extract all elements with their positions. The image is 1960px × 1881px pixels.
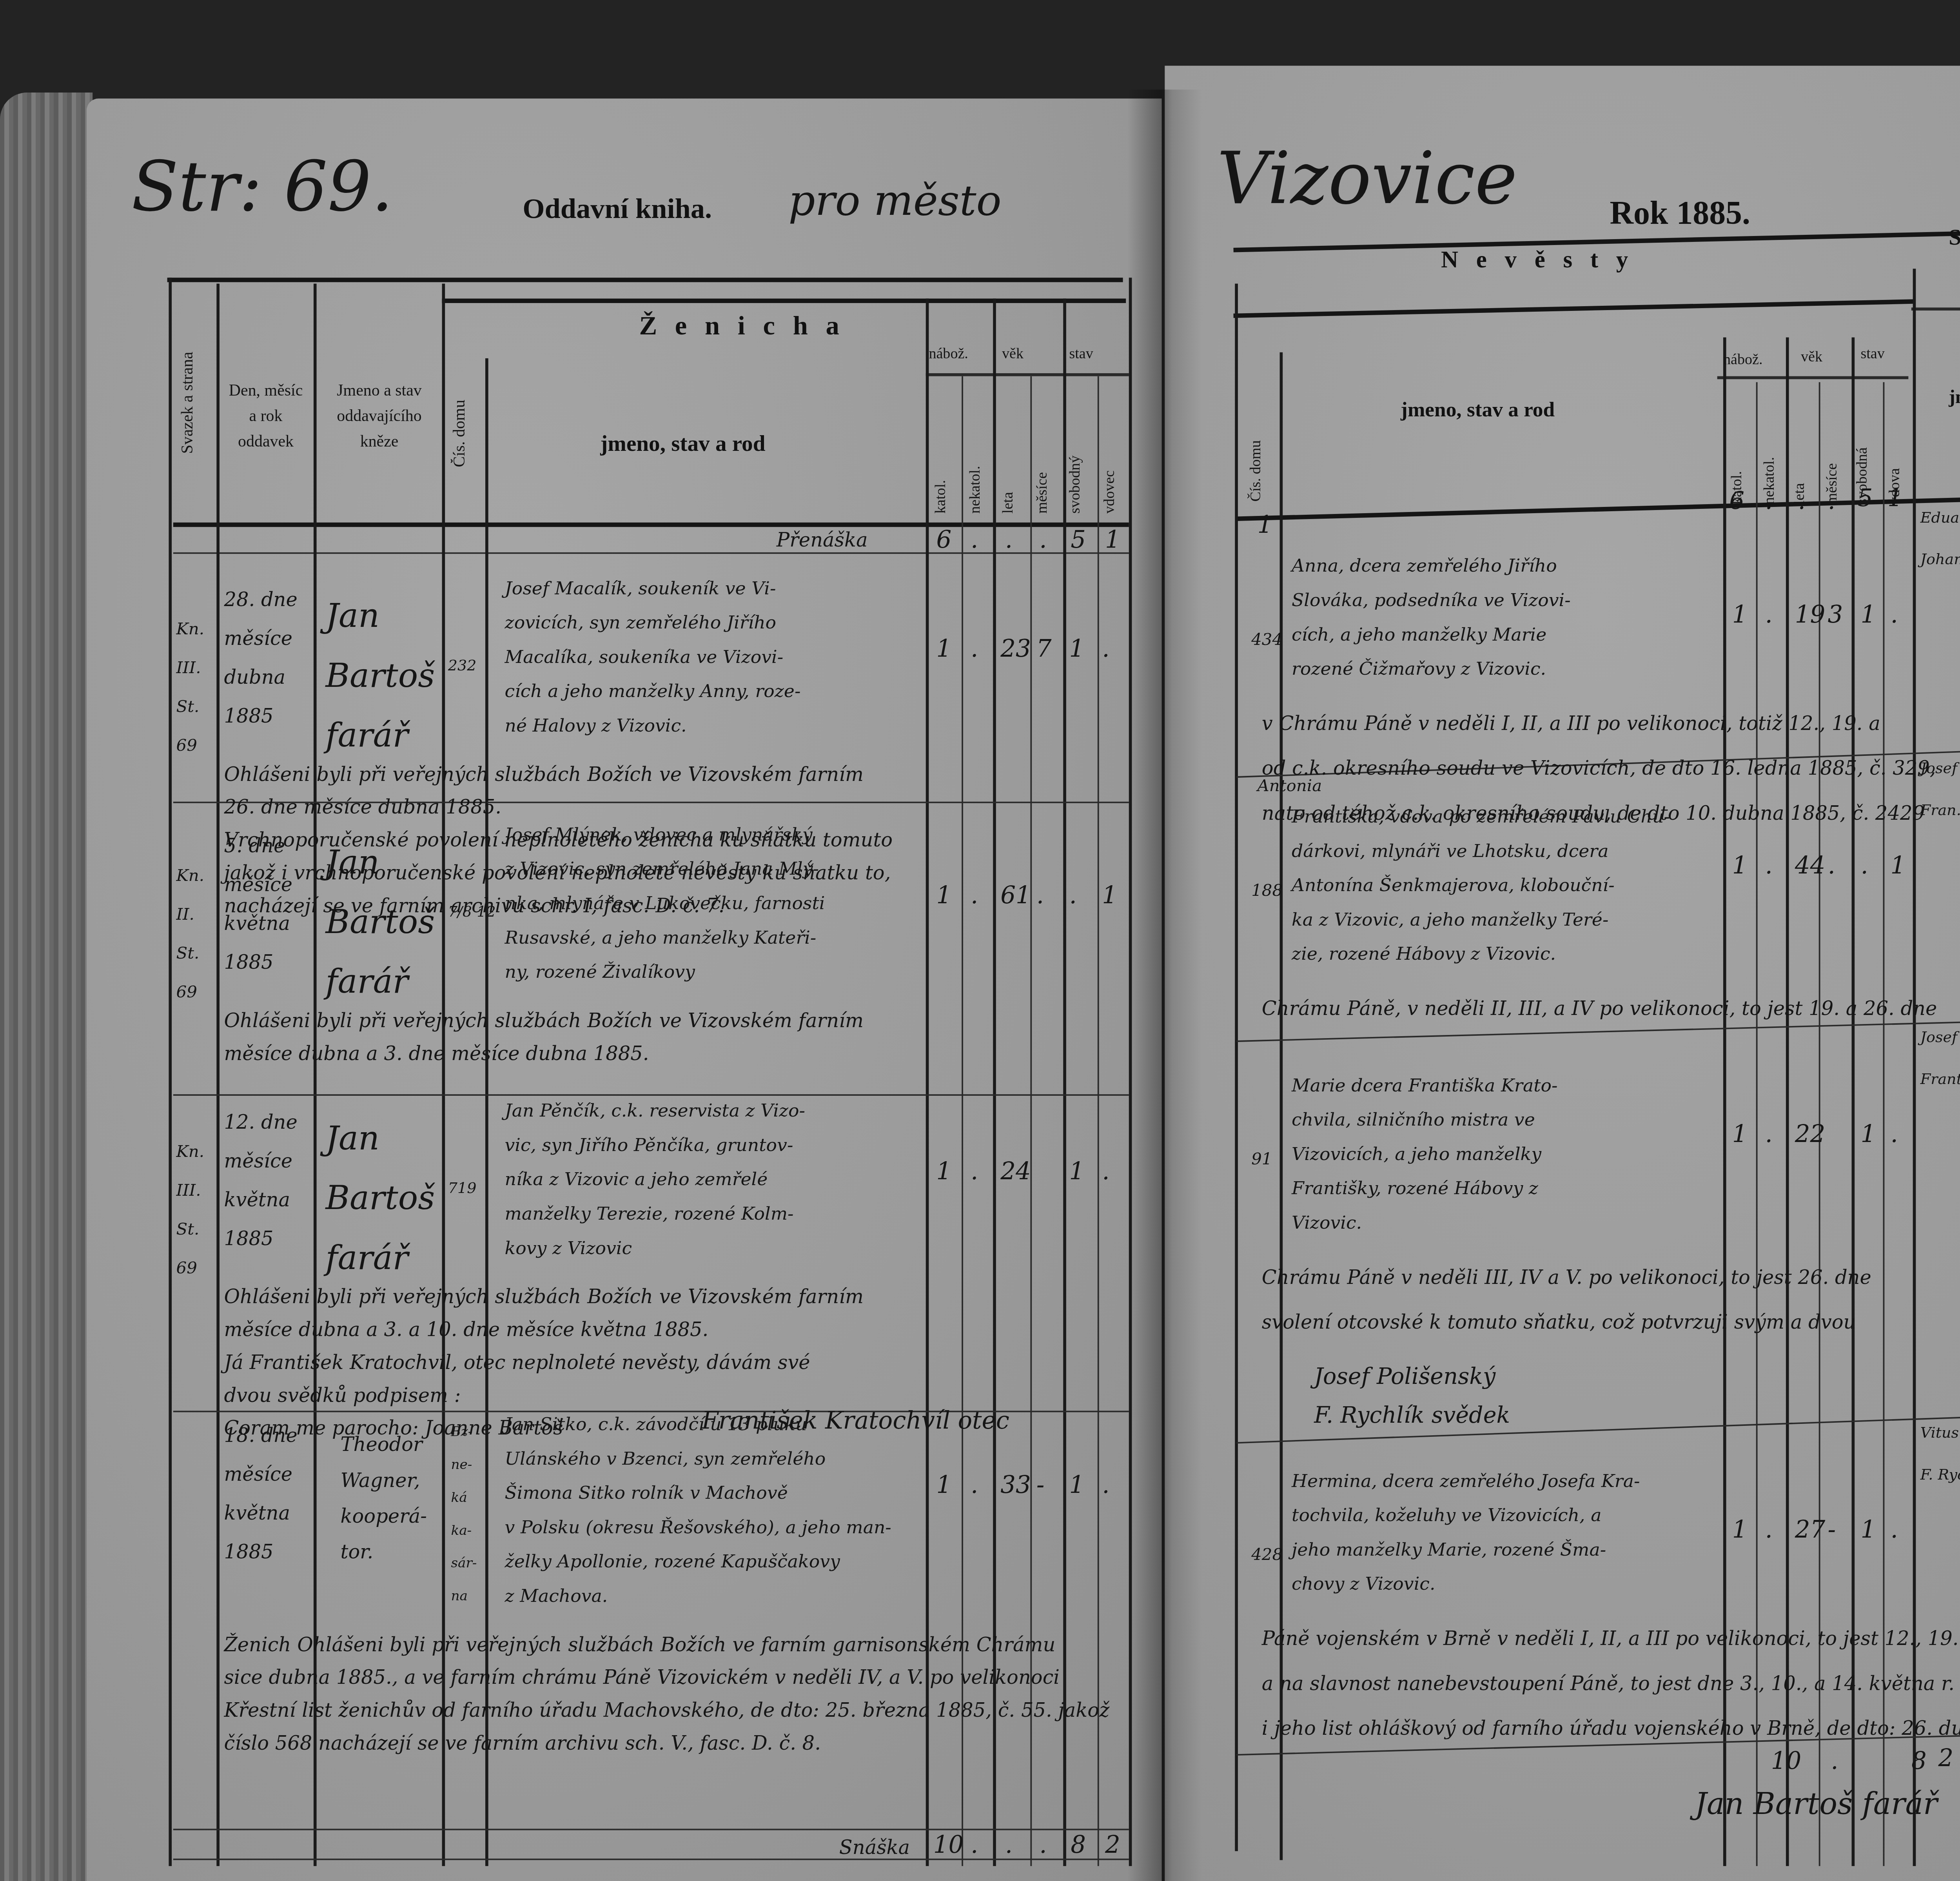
- entry-bride-nekatol: .: [1765, 1120, 1773, 1148]
- entry-bride-mesice: .: [1828, 851, 1835, 879]
- entry-bride: tochvila, koželuhy ve Vizovicích, a: [1292, 1505, 1601, 1525]
- entry-note: Ohlášeni byli při veřejných službách Bož…: [224, 1287, 864, 1309]
- entry-groom: Josef Mlýnek, vdovec a mlynářský: [505, 824, 813, 845]
- entry-note: měsíce dubna a 3. dne měsíce dubna 1885.: [224, 1044, 649, 1066]
- entry-groom: Jan Sitko, c.k. závodčí u 13 pluku: [505, 1414, 807, 1434]
- entry-bride: Františky, rozené Hábovy z: [1292, 1178, 1538, 1198]
- entry-bride-svobodna: 1: [1860, 1120, 1876, 1148]
- entry-groom: manželky Terezie, rozené Kolm-: [505, 1203, 794, 1224]
- left-page: [87, 98, 1162, 1881]
- entry-bride-leta: 27: [1795, 1515, 1826, 1543]
- total-leta: .: [1005, 1830, 1013, 1858]
- entry-bride-note-line: Chrámu Páně v neděli III, IV a V. po vel…: [1262, 1267, 1871, 1290]
- entry-bride: Františka, vdova po zemřelém Pavlu Chu-: [1292, 806, 1670, 827]
- entry-date: 28. dne: [224, 590, 297, 612]
- entry-groom: vic, syn Jiřího Pěnčíka, gruntov-: [505, 1135, 793, 1155]
- entry-note: sice dubna 1885., a ve farním chrámu Pán…: [224, 1667, 1060, 1690]
- entry-date: měsíce: [224, 1465, 292, 1487]
- entry-bride: ka z Vizovic, a jeho manželky Teré-: [1292, 909, 1608, 930]
- entry-bride-katol: 1: [1732, 600, 1748, 628]
- entry-date: dubna: [224, 667, 285, 690]
- header-svobodny: svobodný: [1068, 385, 1084, 513]
- entry-bride: cích, a jeho manželky Marie: [1292, 624, 1546, 645]
- header-bride-group: Nevěsty: [1441, 248, 1646, 275]
- entry-volume-page: Kn.: [176, 619, 204, 639]
- closing-signature: Jan Bartoš farář: [1695, 1785, 1938, 1821]
- header-vdovec: vdovec: [1102, 385, 1118, 513]
- year-label: Rok 1885.: [1610, 194, 1750, 233]
- entry-priest: Bartoš: [325, 905, 435, 942]
- entry-svobodny: 1: [1069, 1157, 1084, 1185]
- entry-date: 1885: [224, 706, 273, 728]
- entry-house-no: 719: [448, 1181, 477, 1197]
- entry-bride-katol: 1: [1732, 1515, 1748, 1543]
- entry-house-no: ne-: [451, 1458, 472, 1473]
- entry-bride-note: Antonia: [1257, 776, 1322, 796]
- entry-bride-nekatol: .: [1765, 1515, 1773, 1543]
- entry-date: měsíce: [224, 1151, 292, 1173]
- header-priest-line: oddavajícího: [317, 405, 442, 430]
- entry-bride-leta: 19: [1795, 600, 1826, 628]
- total-mesice: .: [1039, 1830, 1047, 1858]
- entry-date: 18. dne: [224, 1426, 297, 1448]
- entry-bride-house-no: 188: [1251, 881, 1283, 901]
- entry-house-no: na: [451, 1590, 468, 1605]
- entry-volume-page: Kn.: [176, 1142, 204, 1162]
- carry-over-nekatol: .: [971, 525, 978, 554]
- entry-groom: z Vizovic, syn zemřelého Jana Mlý-: [505, 859, 819, 879]
- entry-vdovec: .: [1102, 1471, 1109, 1499]
- entry-house-no: sár-: [451, 1557, 477, 1572]
- entry-bride-house-no: 434: [1251, 630, 1283, 650]
- header-nekatol: nekatol.: [967, 385, 984, 513]
- carry-over-label: Přenáška: [777, 525, 868, 557]
- entry-vdovec: .: [1102, 634, 1109, 663]
- entry-mesice: .: [1036, 881, 1044, 909]
- right-carry-katol: 6: [1729, 487, 1744, 515]
- entry-bride-note-line: v Chrámu Páně v neděli I, II, a III po v…: [1262, 714, 1880, 736]
- right-total-mesice: .: [1831, 1747, 1838, 1775]
- entry-volume-page: II.: [176, 905, 194, 924]
- entry-groom: níka z Vizovic a jeho zemřelé: [505, 1169, 768, 1190]
- page-number: Str: 69.: [131, 146, 393, 227]
- entry-katol: 1: [936, 1157, 951, 1185]
- header-name-status: jmeno, stav a rod: [600, 433, 765, 458]
- entry-priest: Jan: [325, 845, 379, 882]
- carry-over-svobodny: 5: [1071, 525, 1086, 554]
- entry-volume-page: 69: [176, 1258, 197, 1278]
- entry-note: Ženich Ohlášeni byli při veřejných služb…: [224, 1635, 1055, 1657]
- entry-bride-note-line: Páně vojenském v Brně v neděli I, II, a …: [1262, 1629, 1960, 1651]
- header-date-line: oddavek: [221, 430, 311, 456]
- entry-date: 1885: [224, 1542, 273, 1565]
- right-total-svobodna: 8: [1911, 1747, 1927, 1775]
- header-date: Den, měsíc a rok oddavek: [221, 379, 311, 455]
- entry-note: Ohlášeni byli při veřejných službách Bož…: [224, 1011, 864, 1033]
- total-svobodny: 8: [1071, 1830, 1086, 1858]
- right-carry-nekatol: .: [1765, 487, 1773, 515]
- right-total-katol: 10: [1771, 1747, 1802, 1775]
- header-house-no: Čís. domu: [451, 358, 469, 508]
- carry-over-katol: 6: [936, 525, 951, 554]
- entry-volume-page: III.: [176, 658, 201, 678]
- entry-katol: 1: [936, 881, 951, 909]
- entry-note: 26. dne měsíce dubna 1885.: [224, 797, 501, 819]
- entry-groom: z Machova.: [505, 1585, 608, 1606]
- entry-note: měsíce dubna a 3. a 10. dne měsíce květn…: [224, 1320, 708, 1342]
- entry-note: Já František Kratochvil, otec neplnoleté…: [224, 1353, 810, 1375]
- header-mesice: měsíce: [1035, 385, 1051, 513]
- entry-bride-house-no: 91: [1251, 1149, 1272, 1169]
- entry-bride: Hermina, dcera zemřelého Josefa Kra-: [1292, 1471, 1640, 1491]
- entry-leta: 61: [1000, 881, 1031, 909]
- entry-note: Ohlášeni byli při veřejných službách Bož…: [224, 764, 864, 787]
- entry-witness-name: Vitus Belinski von Kotylo Zeuge: [1920, 1426, 1960, 1442]
- entry-bride-note-line: a na slavnost nanebevstoupení Páně, to j…: [1262, 1674, 1960, 1696]
- entry-bride-nekatol: .: [1765, 851, 1773, 879]
- entry-groom: Jan Pěnčík, c.k. reservista z Vizo-: [505, 1100, 805, 1121]
- entry-priest: Wagner,: [341, 1471, 420, 1493]
- entry-bride-note-line: od c.k. okresního soudu ve Vizovicích, d…: [1262, 758, 1936, 781]
- entry-house-no: 7/8 12: [448, 905, 496, 921]
- entry-signature: F. Rychlík svědek: [1314, 1402, 1510, 1429]
- entry-priest: Bartoš: [325, 658, 435, 695]
- carry-over-mesice: .: [1039, 525, 1047, 554]
- entry-bride-note-line: svolení otcovské k tomuto sňatku, což po…: [1262, 1312, 1856, 1334]
- entry-witness-name: F. Rychlík: [1920, 1467, 1960, 1484]
- entry-nekatol: .: [971, 1471, 978, 1499]
- header-volume-page: Svazek a strana: [179, 299, 197, 508]
- entry-groom: nka, mlynáře v Lukovečku, farnosti: [505, 893, 825, 913]
- entry-witness-name: Josef Zeiber: [1920, 761, 1960, 778]
- entry-svobodny: .: [1069, 881, 1076, 909]
- entry-vdovec: 1: [1102, 881, 1117, 909]
- entry-nekatol: .: [971, 634, 978, 663]
- entry-witness-name: Johann Grünsinger Zeuge: [1920, 552, 1960, 569]
- entry-svobodny: 1: [1069, 634, 1084, 663]
- entry-groom: né Halovy z Vizovic.: [505, 715, 687, 736]
- book-page-edges-left: [0, 93, 93, 1881]
- entry-priest: kooperá-: [341, 1506, 427, 1529]
- entry-note: Křestní list ženichův od farního úřadu M…: [224, 1700, 1109, 1723]
- right-carry-leta: .: [1798, 487, 1805, 515]
- entry-house-no: 232: [448, 658, 477, 675]
- right-carry-house-no: 1: [1257, 510, 1272, 539]
- entry-note: dvou svědků podpisem :: [224, 1385, 461, 1408]
- entry-bride-house-no: 428: [1251, 1545, 1283, 1565]
- entry-witness-name: Franta Rychlík: [1920, 1072, 1960, 1088]
- header-priest-line: Jmeno a stav: [317, 379, 442, 405]
- right-carry-svobodna: 5: [1858, 484, 1873, 512]
- entry-nekatol: .: [971, 881, 978, 909]
- entry-priest: Jan: [325, 599, 379, 636]
- entry-bride: Vizovicích, a jeho manželky: [1292, 1144, 1541, 1164]
- entry-bride: Vizovic.: [1292, 1212, 1362, 1233]
- entry-priest: tor.: [341, 1542, 374, 1565]
- town-name: Vizovice: [1217, 137, 1517, 221]
- entry-volume-page: Kn.: [176, 866, 204, 886]
- entry-mesice: -: [1036, 1471, 1045, 1499]
- entry-volume-page: III.: [176, 1181, 201, 1200]
- entry-groom: zovicích, syn zemřelého Jiřího: [505, 612, 777, 633]
- entry-groom: Šimona Sitko rolník v Machově: [505, 1482, 788, 1503]
- book-title-handwritten: pro město: [788, 176, 1001, 225]
- carry-over-vdovec: 1: [1105, 525, 1120, 554]
- entry-bride: rozené Čižmařovy z Vizovic.: [1292, 658, 1546, 679]
- header-leta: leta: [1000, 385, 1017, 513]
- entry-date: května: [224, 1190, 290, 1212]
- entry-katol: 1: [936, 1471, 951, 1499]
- right-page: [1165, 66, 1960, 1881]
- entry-bride-katol: 1: [1732, 1120, 1748, 1148]
- entry-bride-vdova: 1: [1891, 851, 1906, 879]
- header-witness-group: Svědkův: [1949, 227, 1960, 252]
- entry-date: 1885: [224, 952, 273, 975]
- entry-volume-page: 69: [176, 736, 197, 755]
- entry-priest: farář: [325, 718, 408, 755]
- entry-groom: kovy z Vizovic: [505, 1238, 632, 1258]
- entry-leta: 33: [1000, 1471, 1031, 1499]
- entry-bride-katol: 1: [1732, 851, 1748, 879]
- entry-bride: Antonína Šenkmajerova, klobouční-: [1292, 875, 1615, 895]
- entry-bride-leta: 22: [1795, 1120, 1826, 1148]
- entry-bride: dárkovi, mlynáři ve Lhotsku, dcera: [1292, 841, 1608, 861]
- entry-priest: Bartoš: [325, 1181, 435, 1218]
- entry-bride: chovy z Vizovic.: [1292, 1574, 1435, 1594]
- entry-leta: 24: [1000, 1157, 1031, 1185]
- entry-priest: Theodor: [341, 1434, 423, 1457]
- total-label: Snáška: [839, 1833, 910, 1865]
- entry-leta: 23: [1000, 634, 1031, 663]
- entry-bride-mesice: -: [1828, 1515, 1836, 1543]
- entry-bride-vdova: .: [1891, 600, 1898, 628]
- entry-bride: zie, rozené Hábovy z Vizovic.: [1292, 944, 1556, 964]
- entry-mesice: 7: [1036, 634, 1052, 663]
- entry-signature: Josef Polišenský: [1314, 1363, 1495, 1390]
- entry-volume-page: St.: [176, 1220, 199, 1239]
- entry-volume-page: St.: [176, 697, 199, 717]
- entry-groom: Ulánského v Bzenci, syn zemřelého: [505, 1448, 826, 1469]
- entry-bride: chvila, silničního mistra ve: [1292, 1109, 1535, 1130]
- header-witness-name: jmeno: [1949, 385, 1960, 409]
- right-carry-vdova: 1: [1887, 484, 1903, 512]
- entry-nekatol: .: [971, 1157, 978, 1185]
- entry-svobodny: 1: [1069, 1471, 1084, 1499]
- book-gutter: [1127, 89, 1202, 1881]
- entry-bride: Slováka, podsedníka ve Vizovi-: [1292, 590, 1571, 610]
- entry-date: měsíce: [224, 875, 292, 897]
- entry-volume-page: 69: [176, 982, 197, 1002]
- entry-volume-page: St.: [176, 944, 199, 963]
- entry-groom: Josef Macalík, soukeník ve Vi-: [505, 578, 776, 599]
- entry-bride-svobodna: 1: [1860, 600, 1876, 628]
- entry-groom: ny, rozené Živalíkovy: [505, 961, 695, 982]
- entry-house-no: ká: [451, 1491, 467, 1506]
- total-vdovec: 2: [1105, 1830, 1120, 1858]
- book-scan: Str: 69. Oddavní kniha. pro město Vizovi…: [0, 0, 1960, 1881]
- header-date-line: Den, měsíc: [221, 379, 311, 405]
- right-carry-mesice: .: [1828, 487, 1835, 515]
- entry-katol: 1: [936, 634, 951, 663]
- entry-date: měsíce: [224, 628, 292, 651]
- header-religion: nábož.: [929, 346, 968, 363]
- entry-witness-name: Fran. Drůžek svědek: [1920, 803, 1960, 820]
- entry-priest: farář: [325, 1240, 408, 1278]
- entry-house-no: ka-: [451, 1524, 472, 1539]
- entry-groom: želky Apollonie, rozené Kapuščakovy: [505, 1551, 840, 1572]
- entry-date: 5. dne: [224, 836, 285, 858]
- entry-vdovec: .: [1102, 1157, 1109, 1185]
- entry-witness-name: Josef Polišenský: [1920, 1030, 1960, 1046]
- header-status: stav: [1069, 346, 1093, 363]
- entry-priest: farář: [325, 964, 408, 1002]
- entry-date: května: [224, 913, 290, 936]
- entry-witness-name: Eduard Zezulka svědek: [1920, 510, 1960, 527]
- entry-date: května: [224, 1503, 290, 1526]
- header-bride-religion: nábož.: [1723, 352, 1763, 369]
- entry-groom: v Polsku (okresu Řešovského), a jeho man…: [505, 1517, 891, 1538]
- header-groom-group: Ženicha: [639, 310, 857, 342]
- entry-bride: Anna, dcera zemřelého Jiřího: [1292, 556, 1557, 576]
- header-bride-name-status: jmeno, stav a rod: [1401, 400, 1555, 424]
- header-bride-age: věk: [1801, 349, 1822, 366]
- header-priest-line: kněze: [317, 430, 442, 456]
- header-age: věk: [1002, 346, 1024, 363]
- book-title: Oddavní kniha.: [523, 194, 712, 227]
- entry-bride-mesice: 3: [1828, 600, 1843, 628]
- entry-date: 12. dne: [224, 1112, 297, 1135]
- carry-over-leta: .: [1005, 525, 1013, 554]
- header-katol: katol.: [933, 385, 950, 513]
- entry-house-no: Bz-: [451, 1426, 472, 1441]
- total-katol: 10: [933, 1830, 964, 1858]
- entry-note: číslo 568 nacházejí se ve farním archivu…: [224, 1733, 821, 1756]
- entry-groom: Rusavské, a jeho manželky Kateři-: [505, 927, 817, 948]
- entry-bride-leta: 44: [1795, 851, 1826, 879]
- header-priest: Jmeno a stav oddavajícího kněze: [317, 379, 442, 455]
- entry-bride-note-line: i jeho list ohláškový od farního úřadu v…: [1262, 1718, 1960, 1741]
- entry-bride-vdova: .: [1891, 1515, 1898, 1543]
- entry-bride-vdova: .: [1891, 1120, 1898, 1148]
- entry-date: 1885: [224, 1229, 273, 1251]
- entry-groom: cích a jeho manželky Anny, roze-: [505, 681, 801, 701]
- entry-bride: Marie dcera Františka Krato-: [1292, 1075, 1557, 1096]
- right-total-vdova: 2: [1938, 1744, 1953, 1772]
- header-bride-house-no: Čís. domu: [1249, 352, 1265, 502]
- total-nekatol: .: [971, 1830, 978, 1858]
- entry-bride-svobodna: 1: [1860, 1515, 1876, 1543]
- entry-bride: jeho manželky Marie, rozené Šma-: [1292, 1539, 1606, 1560]
- header-bride-status: stav: [1860, 346, 1884, 363]
- entry-priest: Jan: [325, 1121, 379, 1158]
- header-date-line: a rok: [221, 405, 311, 430]
- entry-bride-svobodna: .: [1860, 851, 1868, 879]
- entry-bride-note-line: Chrámu Páně, v neděli II, III, a IV po v…: [1262, 999, 1937, 1021]
- entry-bride-nekatol: .: [1765, 600, 1773, 628]
- entry-groom: Macalíka, soukeníka ve Vizovi-: [505, 646, 784, 667]
